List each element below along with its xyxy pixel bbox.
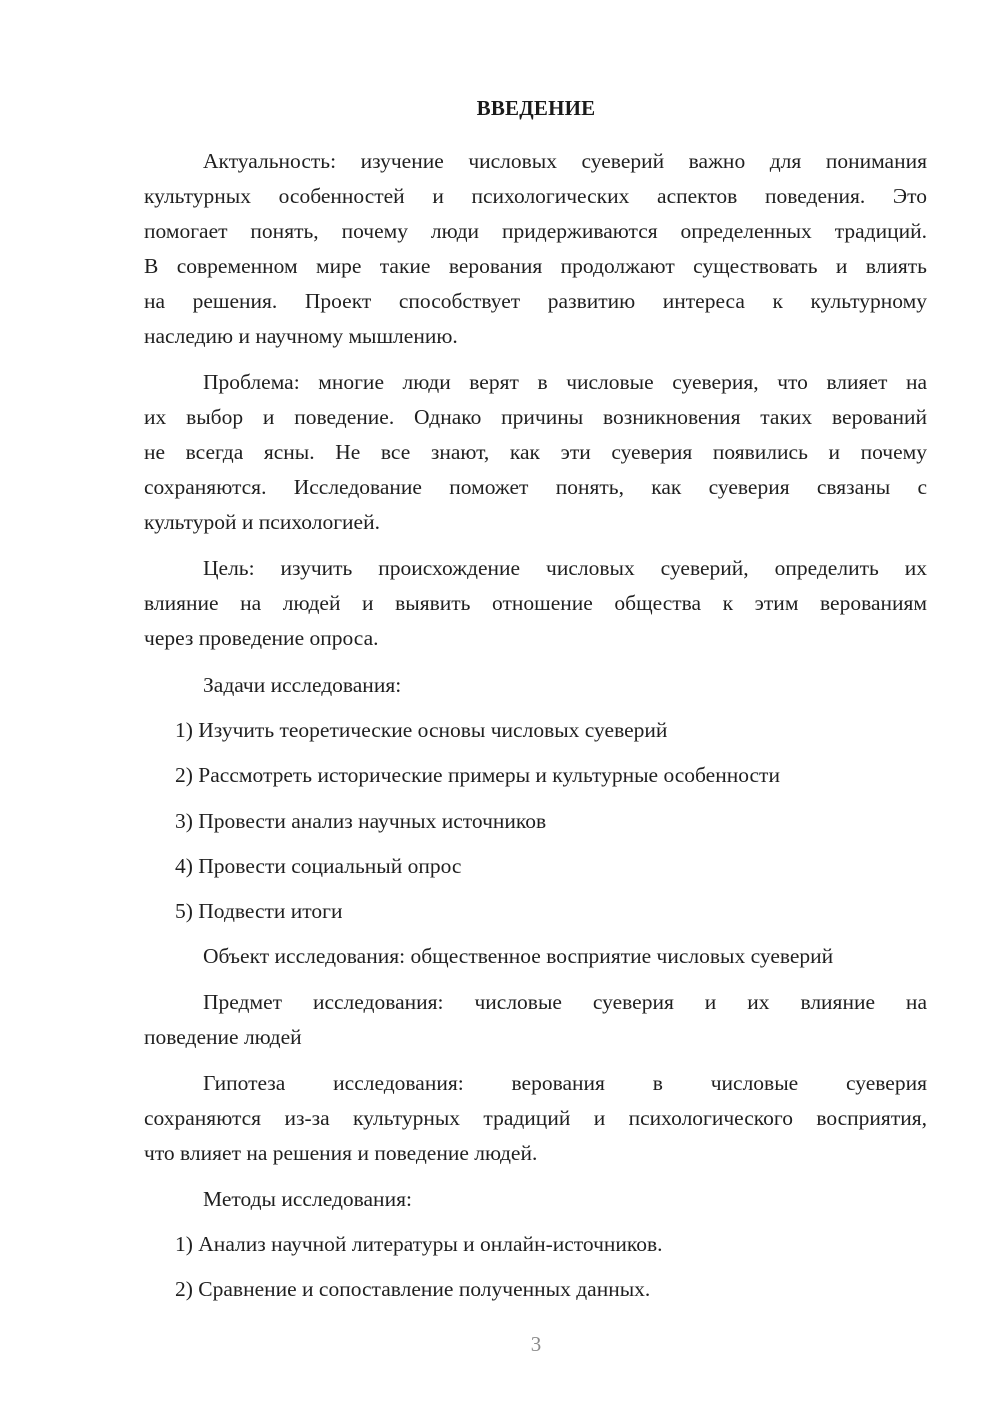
paragraph-line: поведение людей xyxy=(144,1022,927,1052)
paragraph-line: через проведение опроса. xyxy=(144,623,927,653)
page-title: ВВЕДЕНИЕ xyxy=(0,96,1000,121)
document-page: ВВЕДЕНИЕ Актуальность: изучение числовых… xyxy=(0,0,1000,1414)
paragraph-line: культурных особенностей и психологически… xyxy=(144,181,927,211)
paragraph-line: культурой и психологией. xyxy=(144,507,927,537)
paragraph-line: Проблема: многие люди верят в числовые с… xyxy=(203,367,927,397)
task-item: 2) Рассмотреть исторические примеры и ку… xyxy=(175,760,927,790)
method-item: 1) Анализ научной литературы и онлайн-ис… xyxy=(175,1229,927,1259)
paragraph-line: Актуальность: изучение числовых суеверий… xyxy=(203,146,927,176)
paragraph-line: на решения. Проект способствует развитию… xyxy=(144,286,927,316)
paragraph-line: Гипотеза исследования: верования в число… xyxy=(203,1068,927,1098)
method-item: 2) Сравнение и сопоставление полученных … xyxy=(175,1274,927,1304)
paragraph-line: Предмет исследования: числовые суеверия … xyxy=(203,987,927,1017)
paragraph-line: их выбор и поведение. Однако причины воз… xyxy=(144,402,927,432)
object-paragraph: Объект исследования: общественное воспри… xyxy=(203,941,927,971)
task-item: 3) Провести анализ научных источников xyxy=(175,806,927,836)
paragraph-line: Цель: изучить происхождение числовых суе… xyxy=(203,553,927,583)
task-item: 5) Подвести итоги xyxy=(175,896,927,926)
paragraph-line: сохраняются из-за культурных традиций и … xyxy=(144,1103,927,1133)
tasks-heading: Задачи исследования: xyxy=(203,670,927,700)
page-number: 3 xyxy=(0,1332,1000,1357)
paragraph-line: не всегда ясны. Не все знают, как эти су… xyxy=(144,437,927,467)
task-item: 1) Изучить теоретические основы числовых… xyxy=(175,715,927,745)
paragraph-line: что влияет на решения и поведение людей. xyxy=(144,1138,927,1168)
methods-heading: Методы исследования: xyxy=(203,1184,927,1214)
paragraph-line: В современном мире такие верования продо… xyxy=(144,251,927,281)
paragraph-line: влияние на людей и выявить отношение общ… xyxy=(144,588,927,618)
task-item: 4) Провести социальный опрос xyxy=(175,851,927,881)
paragraph-line: сохраняются. Исследование поможет понять… xyxy=(144,472,927,502)
paragraph-line: наследию и научному мышлению. xyxy=(144,321,927,351)
paragraph-line: помогает понять, почему люди придерживаю… xyxy=(144,216,927,246)
